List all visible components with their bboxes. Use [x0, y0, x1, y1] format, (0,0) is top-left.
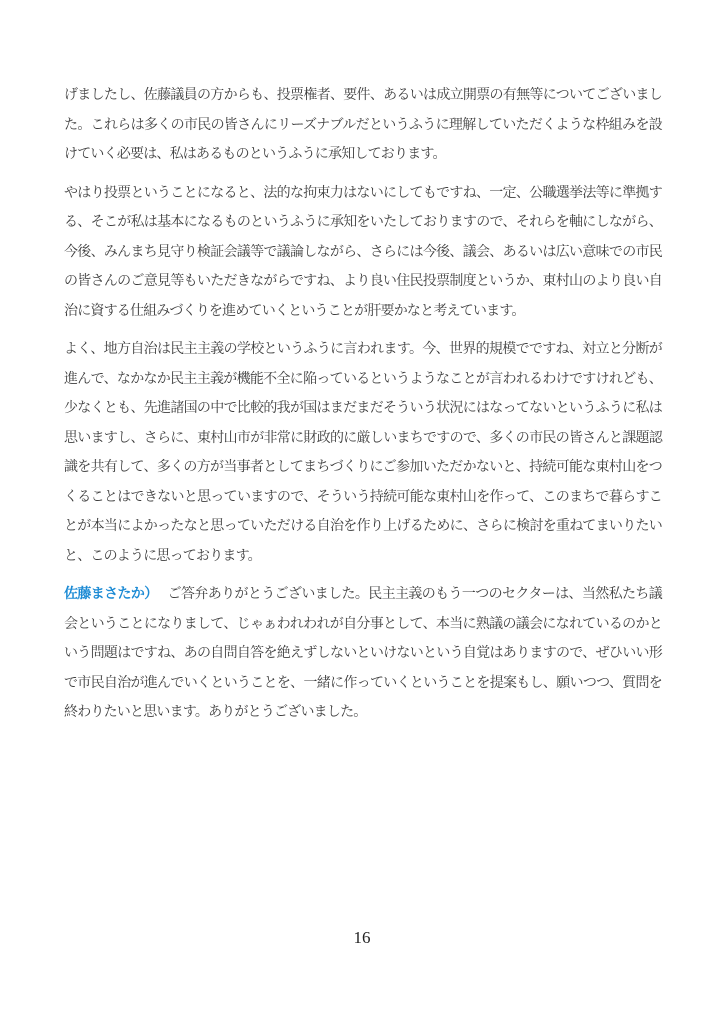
page-content: げましたし、佐藤議員の方からも、投票権者、要件、あるいは成立開票の有無等について… [64, 80, 662, 736]
page-number: 16 [0, 928, 724, 948]
document-page: げましたし、佐藤議員の方からも、投票権者、要件、あるいは成立開票の有無等について… [0, 0, 724, 1024]
paragraph: 佐藤まさたか）ご答弁ありがとうございました。民主主義のもう一つのセクターは、当然… [64, 579, 662, 727]
paragraph: やはり投票ということになると、法的な拘束力はないにしてもですね、一定、公職選挙法… [64, 178, 662, 326]
paragraph: げましたし、佐藤議員の方からも、投票権者、要件、あるいは成立開票の有無等について… [64, 80, 662, 169]
paragraph-text: ご答弁ありがとうございました。民主主義のもう一つのセクターは、当然私たち議会とい… [64, 585, 662, 719]
paragraph: よく、地方自治は民主主義の学校というふうに言われます。今、世界的規模でですね、対… [64, 334, 662, 570]
speaker-name: 佐藤まさたか） [64, 585, 158, 601]
